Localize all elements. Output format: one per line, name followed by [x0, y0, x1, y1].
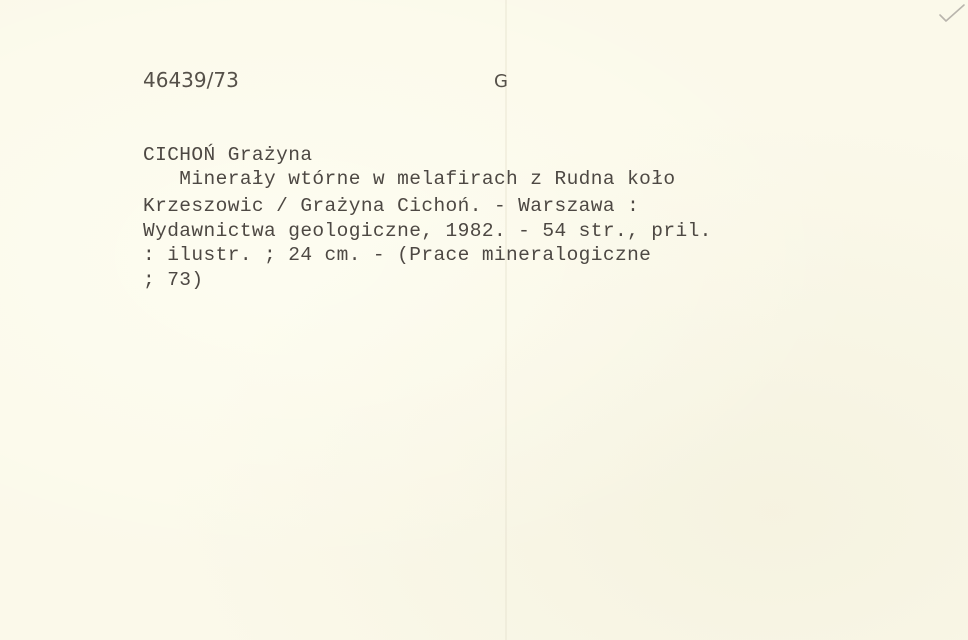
publication-line: Wydawnictwa geologiczne, 1982. - 54 str.…	[143, 219, 712, 243]
card-crease	[505, 0, 507, 640]
title-line: Minerały wtórne w melafirach z Rudna koł…	[143, 167, 675, 191]
author-heading: CICHOŃ Grażyna	[143, 143, 312, 167]
series-line: ; 73)	[143, 268, 204, 292]
responsibility-line: Krzeszowic / Grażyna Cichoń. - Warszawa …	[143, 194, 639, 218]
catalog-card: 46439/73 G CICHOŃ Grażyna Minerały wtórn…	[0, 0, 968, 640]
physical-description-line: : ilustr. ; 24 cm. - (Prace mineralogicz…	[143, 243, 651, 267]
checkmark-icon	[936, 2, 966, 24]
section-letter: G	[494, 70, 508, 94]
call-number: 46439/73	[143, 68, 239, 92]
